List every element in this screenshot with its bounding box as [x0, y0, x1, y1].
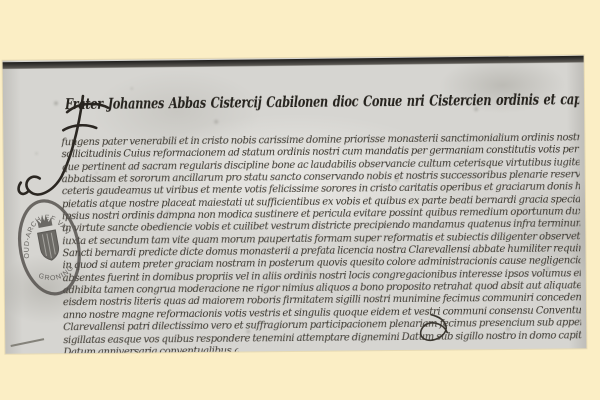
- charter-heading-line: Frater Johannes Abbas Cistercij Cabilone…: [65, 91, 579, 118]
- charter-photograph: Frater Johannes Abbas Cistercij Cabilone…: [3, 55, 587, 354]
- parchment-mottling: [3, 61, 5, 63]
- scratch-mark: [11, 338, 45, 346]
- charter-body-text: fungens pater venerabili et in cristo no…: [61, 132, 581, 354]
- signature-flourish: [403, 312, 467, 349]
- paraph-loop: [420, 315, 447, 341]
- parchment-top-edge: [3, 56, 587, 70]
- initial-mid-bar: [63, 125, 96, 130]
- manuscript-line-partial: Datum anniversaria conventualibus quadri…: [63, 345, 238, 353]
